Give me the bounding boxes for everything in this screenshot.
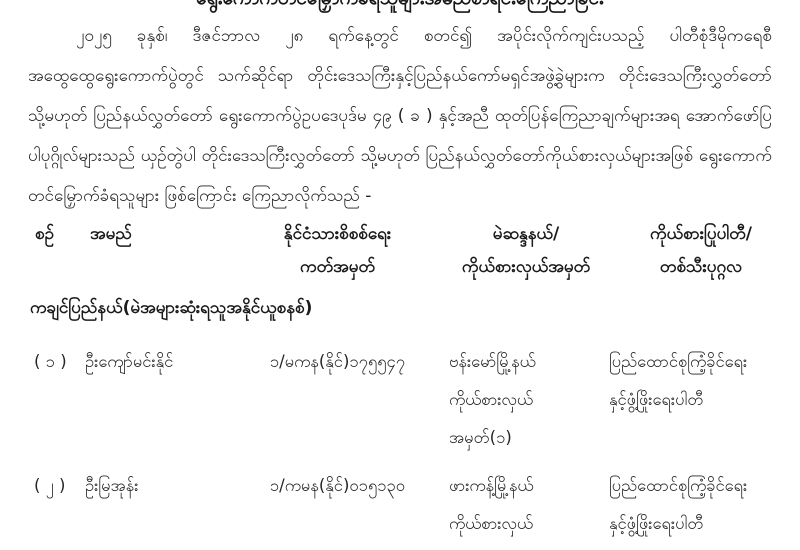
cell-constituency-line: ဖားကန့်မြို့နယ် xyxy=(449,467,607,505)
table-row: ( ၁ ) ဦးကျော်မင်းနိုင် ၁/မကန(နိုင်)၁၇၅၅၄… xyxy=(30,343,795,457)
results-table: စဉ် အမည် နိုင်ငံသားစိစစ်ရေး ကတ်အမှတ် မဲဆ… xyxy=(0,218,800,284)
cell-constituency-line: ဗန်းမော်မြို့နယ် xyxy=(449,343,607,381)
cell-party-line: ပြည်ထောင်စုကြံ့ခိုင်ရေး xyxy=(609,343,795,381)
header-name: အမည် xyxy=(85,218,230,251)
table-header: စဉ် အမည် နိုင်ငံသားစိစစ်ရေး ကတ်အမှတ် မဲဆ… xyxy=(30,218,795,284)
header-party-line1: ကိုယ်စားပြုပါတီ/ xyxy=(607,218,795,251)
header-nrc-line1: နိုင်ငံသားစိစစ်ရေး xyxy=(230,218,445,251)
cell-name: ဦးကျော်မင်းနိုင် xyxy=(85,343,230,381)
cell-party: ပြည်ထောင်စုကြံ့ခိုင်ရေး နှင့်ဖွံ့ဖြိုးရေ… xyxy=(607,467,795,543)
cell-name: ဦးမြအုန်း xyxy=(85,467,230,505)
cell-nrc: ၁/ကမန(နိုင်)၀၁၅၁၃၀ xyxy=(230,467,445,505)
cell-no: ( ၁ ) xyxy=(30,343,85,381)
table-row: ( ၂ ) ဦးမြအုန်း ၁/ကမန(နိုင်)၀၁၅၁၃၀ ဖားကန… xyxy=(30,467,795,543)
header-constituency-line2: ကိုယ်စားလှယ်အမှတ် xyxy=(445,251,607,284)
header-party-line2: တစ်သီးပုဂ္ဂလ xyxy=(607,251,795,284)
cell-constituency-line: ကိုယ်စားလှယ် xyxy=(449,505,607,543)
header-nrc: နိုင်ငံသားစိစစ်ရေး ကတ်အမှတ် xyxy=(230,218,445,284)
cell-party-line: နှင့်ဖွံ့ဖြိုးရေးပါတီ xyxy=(609,381,795,419)
cell-constituency: ဗန်းမော်မြို့နယ် ကိုယ်စားလှယ် အမှတ်(၁) xyxy=(445,343,607,457)
cell-nrc: ၁/မကန(နိုင်)၁၇၅၅၄၇ xyxy=(230,343,445,381)
document-page: ရွေးကောက်တင်မြှောက်ခံရသူများအမည်စာရင်းကြ… xyxy=(0,0,800,550)
results-table-body: ( ၁ ) ဦးကျော်မင်းနိုင် ၁/မကန(နိုင်)၁၇၅၅၄… xyxy=(0,343,800,543)
header-constituency: မဲဆန္ဒနယ်/ ကိုယ်စားလှယ်အမှတ် xyxy=(445,218,607,284)
section-heading: ကချင်ပြည်နယ်(မဲအများဆုံးရသူအနိုင်ယူစနစ်) xyxy=(30,297,800,322)
cell-party: ပြည်ထောင်စုကြံ့ခိုင်ရေး နှင့်ဖွံ့ဖြိုးရေ… xyxy=(607,343,795,419)
header-nrc-line2: ကတ်အမှတ် xyxy=(230,251,445,284)
cell-constituency: ဖားကန့်မြို့နယ် ကိုယ်စားလှယ် xyxy=(445,467,607,543)
cell-no: ( ၂ ) xyxy=(30,467,85,505)
document-title: ရွေးကောက်တင်မြှောက်ခံရသူများအမည်စာရင်းကြ… xyxy=(0,0,800,13)
cell-party-line: ပြည်ထောင်စုကြံ့ခိုင်ရေး xyxy=(609,467,795,505)
intro-paragraph: ၂၀၂၅ ခုနှစ်၊ ဒီဇင်ဘာလ ၂၈ ရက်နေ့တွင် စတင်… xyxy=(28,16,772,216)
cell-constituency-line: အမှတ်(၁) xyxy=(449,419,607,457)
header-party: ကိုယ်စားပြုပါတီ/ တစ်သီးပုဂ္ဂလ xyxy=(607,218,795,284)
cell-constituency-line: ကိုယ်စားလှယ် xyxy=(449,381,607,419)
cell-party-line: နှင့်ဖွံ့ဖြိုးရေးပါတီ xyxy=(609,505,795,543)
header-no: စဉ် xyxy=(30,218,85,251)
header-constituency-line1: မဲဆန္ဒနယ်/ xyxy=(445,218,607,251)
